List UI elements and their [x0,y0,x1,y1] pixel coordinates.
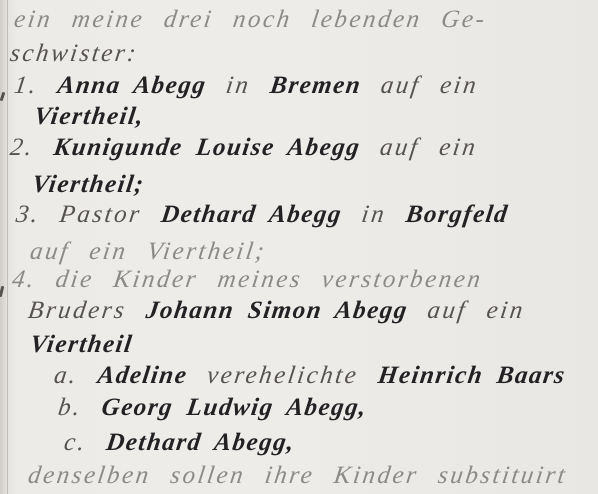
place-name: Borgfeld [404,201,510,228]
person-name: Georg Ludwig Abegg, [100,394,369,421]
text-segment: auf ein [359,72,480,99]
place-name: Bremen [268,72,363,99]
text-line: a. Adeline verehelichte Heinrich Baars [52,360,568,392]
list-number: 2. [8,134,55,161]
text-segment: denselben sollen ihre Kinder substituirt [26,462,569,489]
text-line: c. Dethard Abegg, [62,427,297,459]
text-segment: 4. die Kinder meines verstorbenen [10,266,484,293]
manuscript-page: ein meine drei noch lebenden Ge- schwist… [0,0,598,494]
person-name: Kunigunde Louise Abegg [52,134,362,161]
text-line: denselben sollen ihre Kinder substituirt [26,460,569,492]
person-name: Heinrich Baars [376,362,567,389]
text-segment: in [204,72,272,99]
person-name: Anna Abegg [56,72,208,99]
text-segment: schwister: [8,40,140,67]
text-line: 1. Anna Abegg in Bremen auf ein [12,70,480,102]
text-line: ein meine drei noch lebenden Ge- [12,4,489,36]
text-segment: verehelichte [186,362,381,389]
text-segment: auf ein [359,134,480,161]
text-line: Viertheil [28,329,135,361]
edge-ink-mark [0,92,5,101]
person-name: Dethard Abegg [159,201,344,228]
list-letter: b. [56,394,103,421]
list-letter: c. [62,429,108,456]
text-line: Viertheil; [30,169,147,201]
person-name: Adeline [96,362,189,389]
text-segment: Viertheil, [32,103,146,130]
list-number: 1. [12,72,59,99]
text-segment: ein meine drei noch lebenden Ge- [12,6,488,33]
text-line: 4. die Kinder meines verstorbenen [10,264,485,296]
person-name: Dethard Abegg, [105,429,297,456]
text-line: 2. Kunigunde Louise Abegg auf ein [8,132,480,164]
text-segment: auf ein Viertheil; [28,238,268,265]
scan-edge [7,0,8,494]
text-line: schwister: [8,38,140,70]
list-number: 3. [14,201,61,228]
person-name: Johann Simon Abegg [144,297,410,324]
text-segment: in [340,201,408,228]
text-line: 3. Pastor Dethard Abegg in Borgfeld [14,199,510,231]
text-segment: Bruders [26,297,148,324]
text-line: Viertheil, [32,101,147,133]
text-segment: Viertheil; [30,171,146,198]
text-segment: Viertheil [28,331,134,358]
text-line: b. Georg Ludwig Abegg, [56,392,369,424]
text-segment: Pastor [58,201,163,228]
list-letter: a. [52,362,99,389]
edge-ink-mark [0,286,4,297]
text-segment: auf ein [406,297,527,324]
text-line: Bruders Johann Simon Abegg auf ein [26,295,527,327]
